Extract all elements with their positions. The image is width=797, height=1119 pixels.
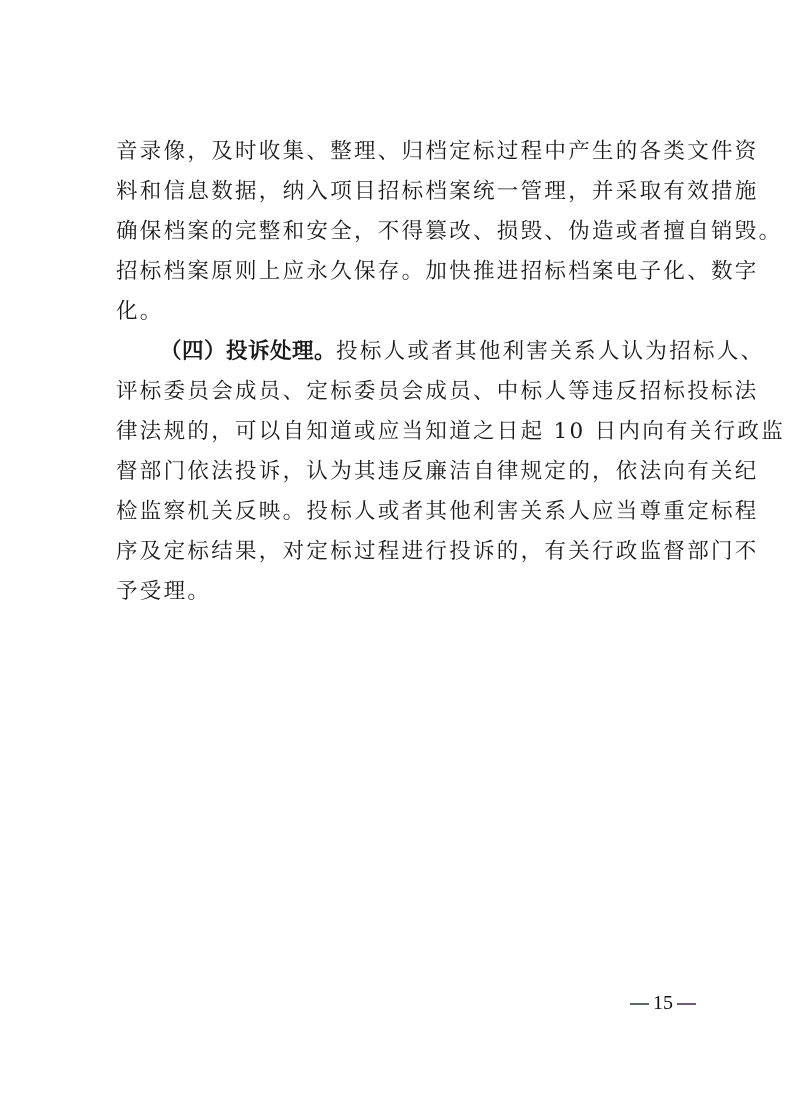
page-number: 15 [653,992,673,1015]
text-line: 评标委员会成员、定标委员会成员、中标人等违反招标投标法 [116,372,696,412]
text-line: 确保档案的完整和安全，不得篡改、损毁、伪造或者擅自销毁。 [116,212,696,252]
text-line: 化。 [116,292,696,332]
text-line: 检监察机关反映。投标人或者其他利害关系人应当尊重定标程 [116,492,696,532]
text-line: 料和信息数据，纳入项目招标档案统一管理，并采取有效措施 [116,172,696,212]
text-line: 予受理。 [116,572,696,612]
section-heading: （四）投诉处理。 [160,339,336,364]
text-line: 招标档案原则上应永久保存。加快推进招标档案电子化、数字 [116,252,696,292]
text-line: 序及定标结果，对定标过程进行投诉的，有关行政监督部门不 [116,532,696,572]
section-four-first-line: （四）投诉处理。投标人或者其他利害关系人认为招标人、 [116,332,696,372]
text-line: 律法规的，可以自知道或应当知道之日起 10 日内向有关行政监 [116,412,696,452]
page-footer: 15 [630,992,696,1015]
dash-left [630,1003,649,1005]
document-page: 音录像，及时收集、整理、归档定标过程中产生的各类文件资 料和信息数据，纳入项目招… [0,0,797,1119]
dash-right [677,1003,696,1005]
text-line: 督部门依法投诉，认为其违反廉洁自律规定的，依法向有关纪 [116,452,696,492]
body-text: 音录像，及时收集、整理、归档定标过程中产生的各类文件资 料和信息数据，纳入项目招… [116,132,696,612]
text-fragment: 投标人或者其他利害关系人认为招标人、 [336,339,764,364]
text-line: 音录像，及时收集、整理、归档定标过程中产生的各类文件资 [116,132,696,172]
